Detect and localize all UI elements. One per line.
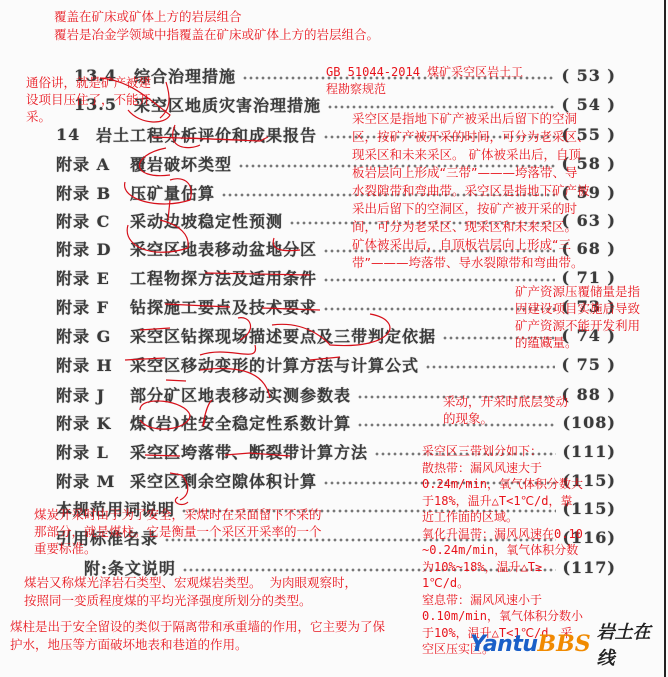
toc-title: 采空区移动变形的计算方法与计算公式 — [130, 353, 419, 376]
toc-title: 钻探施工要点及技术要求 — [130, 295, 317, 318]
yantubbs-logo: Yantu BBS 岩土在线 — [470, 632, 668, 656]
toc-title: 岩土工程分析评价和成果报告 — [96, 123, 317, 146]
toc-number: 附录 H — [56, 353, 130, 376]
toc-page-number: ( 75 ) — [561, 355, 616, 374]
toc-title: 采空区垮落带、断裂带计算方法 — [130, 440, 368, 463]
toc-title: 部分矿区地表移动实测参数表 — [130, 383, 351, 406]
toc-number: 附录 J — [56, 383, 130, 406]
toc-row: 附录 H 采空区移动变形的计算方法与计算公式 ( 75 ) — [56, 352, 616, 376]
toc-number: 附录 C — [56, 209, 130, 232]
toc-title: 采动边坡稳定性预测 — [130, 209, 283, 232]
toc-title: 采空区地表移动盆地分区 — [130, 237, 317, 260]
toc-number: 附录 K — [56, 411, 130, 434]
toc-title: 压矿量估算 — [130, 181, 215, 204]
note-coal-rock-type: 煤岩又称煤光泽岩石类型、宏观煤岩类型。 为肉眼观察时， 按照同一变质程度煤的平均… — [24, 574, 404, 610]
toc-leader-dots — [323, 278, 555, 282]
toc-title: 工程物探方法及适用条件 — [130, 266, 317, 289]
toc-number: 附录 E — [56, 266, 130, 289]
logo-chinese: 岩土在线 — [597, 618, 668, 670]
toc-title: 覆岩破坏类型 — [130, 152, 232, 175]
toc-leader-dots — [327, 105, 555, 109]
note-overburden-definition: 覆岩是冶金学领域中指覆盖在矿床或矿体上方的岩层组合。 — [54, 26, 379, 43]
toc-number: 附录 M — [56, 469, 130, 492]
note-plain-speak: 通俗讲，就是矿产被建 设项目压住了，不能开 采。 — [26, 74, 166, 125]
note-coal-pillar-purpose: 煤柱是出于安全留设的类似于隔离带和承重墙的作用，它主要为了保 护水，地压等方面破… — [10, 618, 430, 654]
toc-number: 14 — [56, 125, 96, 144]
toc-leader-dots — [425, 365, 555, 369]
toc-title: 采空区钻探现场描述要点及三带判定依据 — [130, 324, 436, 347]
logo-bbs: BBS — [538, 631, 591, 657]
note-mining-movement: 采动，开采时底层变动 的现象。 — [443, 393, 613, 427]
note-reserve-definition: 矿产资源压覆储量是指 因建设项目实施后导致 矿产资源不能开发利用 的蕴藏量。 — [515, 283, 665, 351]
note-goaf-definition: 采空区是指地下矿产被采出后留下的空洞 区，按矿产被开采的时间，可分为老采区、 现… — [352, 110, 642, 272]
toc-number: 附录 D — [56, 237, 130, 260]
note-overburden-title: 覆盖在矿床或矿体上方的岩层组合 — [54, 8, 242, 25]
toc-number: 附录 B — [56, 181, 130, 204]
toc-title: 煤(岩)柱安全稳定性系数计算 — [130, 411, 351, 434]
toc-number: 附录 G — [56, 324, 130, 347]
note-standard-reference: GB 51044-2014 煤矿采空区岩土工 程勘察规范 — [326, 64, 586, 98]
toc-number: 附录 F — [56, 295, 130, 318]
toc-number: 附录 A — [56, 152, 130, 175]
toc-number: 附录 L — [56, 440, 130, 463]
logo-yantu: Yantu — [470, 632, 538, 657]
toc-title: 采空区剩余空隙体积计算 — [130, 469, 317, 492]
note-coal-pillar-definition: 煤炭开采时由于为了安全，采煤时在采面留下不采的 那部分，就是煤柱。它是衡量一个采… — [34, 506, 354, 557]
